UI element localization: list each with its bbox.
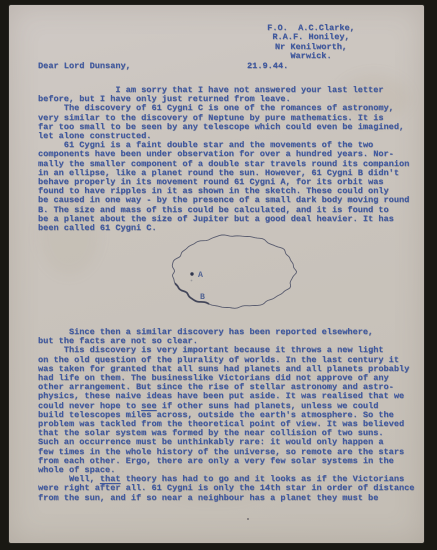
paper-speck — [247, 518, 249, 520]
letter-line: from the sun, and if so near a neighbour… — [38, 494, 414, 503]
salutation: Dear Lord Dunsany, — [38, 61, 131, 71]
orbit-sketch-svg: A B — [170, 233, 300, 313]
letter-photo: { "colors":{ "background":"#191813", "pa… — [0, 0, 437, 550]
letter-body-upper: I am sorry that I have not answered your… — [38, 86, 409, 233]
sender-address-block: F.O. A.C.Clarke, R.A.F. Honiley, Nr Keni… — [245, 24, 377, 62]
letter-line: been called 61 Cygni C. — [38, 224, 409, 233]
sketch-label-a: A — [198, 271, 203, 280]
sketch-label-b: B — [200, 293, 205, 302]
smudge-dot — [191, 280, 193, 282]
letter-date: 21.9.44. — [247, 62, 288, 71]
star-a-dot — [190, 272, 193, 275]
letter-paper: F.O. A.C.Clarke, R.A.F. Honiley, Nr Keni… — [9, 5, 424, 543]
orbit-sketch: A B — [170, 233, 300, 313]
letter-body-lower: Since then a similar discovery has been … — [38, 328, 414, 503]
salutation-row: Dear Lord Dunsany, 21.9.44. — [38, 62, 418, 72]
